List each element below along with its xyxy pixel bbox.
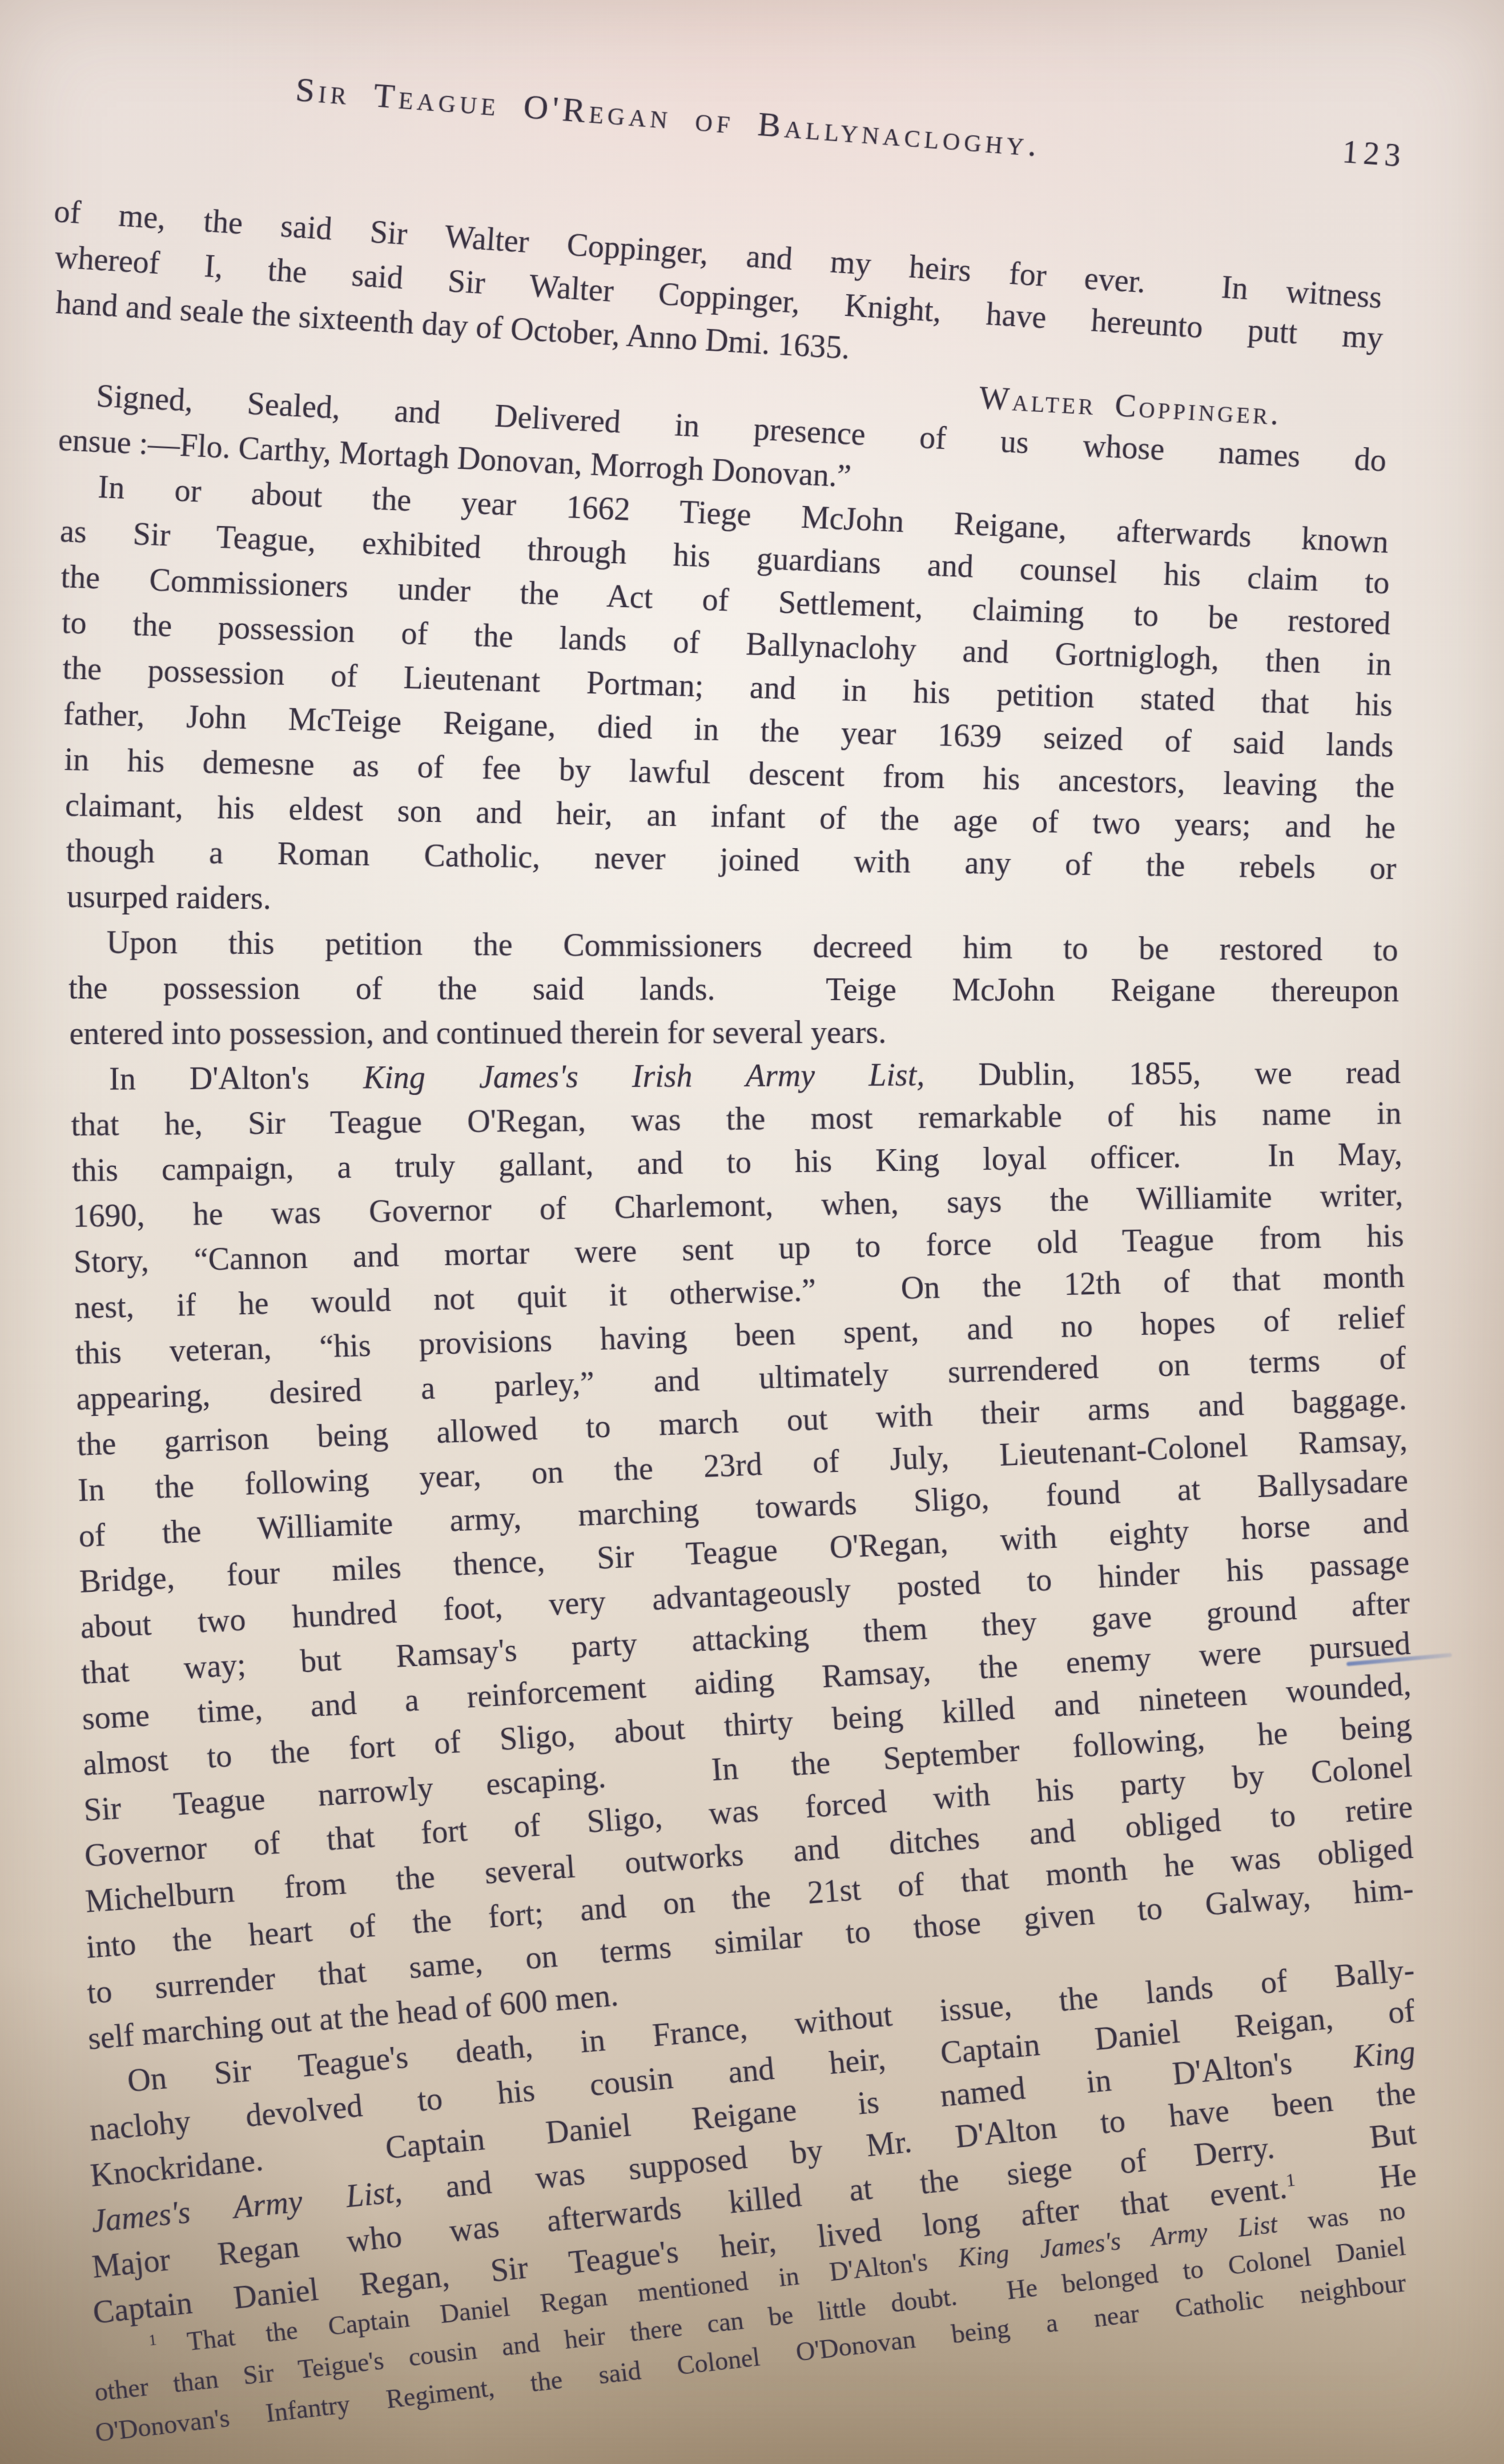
book-page-photo: Sir Teague O'Regan of Ballynacloghy. 123…	[0, 0, 1504, 2464]
text-line: entered into possession, and continued t…	[70, 1009, 1400, 1057]
footnote: 1 That the Captain Daniel Regan mentione…	[50, 2331, 1369, 2453]
commissioners-decree: Upon this petition the Commissioners dec…	[50, 920, 1381, 1057]
dalton-army-list-account: In D'Alton's King James's Irish Army Lis…	[50, 1057, 1381, 2062]
text-line: Upon this petition the Commissioners dec…	[67, 920, 1398, 973]
body-text: of me, the said Sir Walter Coppinger, an…	[50, 188, 1381, 2336]
petition-of-1662: In or about the year 1662 Tiege McJohn R…	[50, 463, 1381, 920]
text-line: the possession of the said lands. Teige …	[69, 965, 1399, 1014]
page-number: 123	[1341, 134, 1407, 175]
deed-continuation: of me, the said Sir Walter Coppinger, an…	[50, 188, 1381, 326]
page-header-title: Sir Teague O'Regan of Ballynacloghy.	[294, 70, 1042, 165]
